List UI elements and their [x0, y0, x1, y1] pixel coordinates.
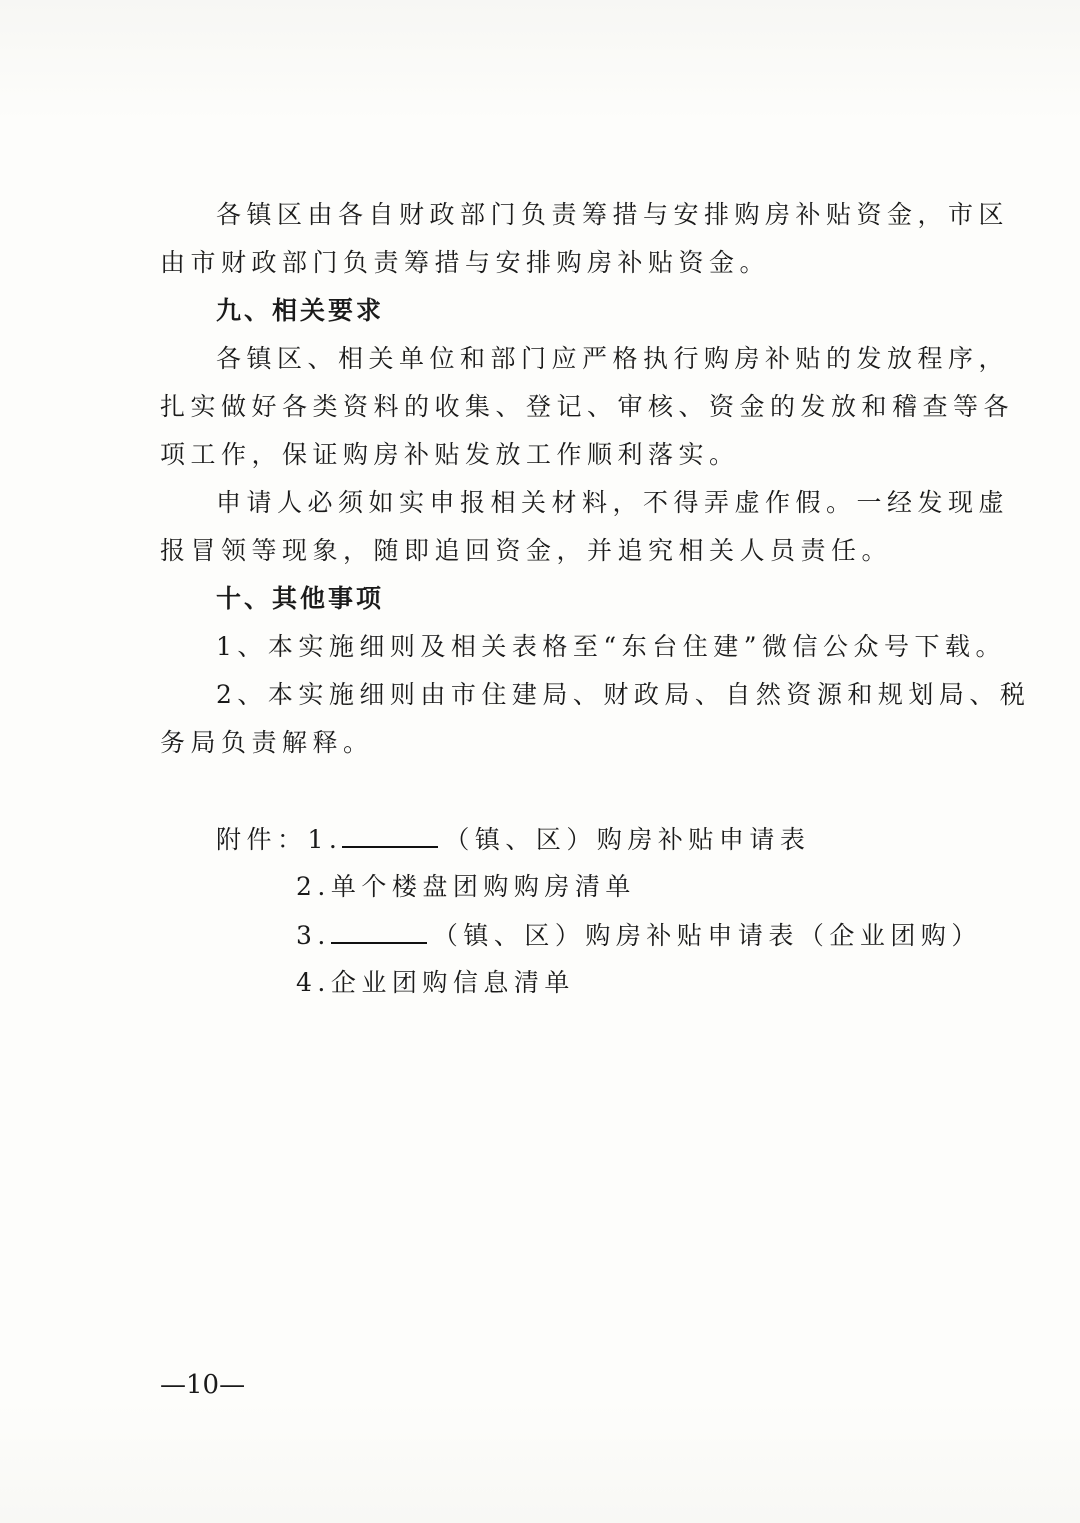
attachment-text: （镇、区）购房补贴申请表 — [444, 825, 810, 854]
paragraph-applicant-line1: 申请人必须如实申报相关材料，不得弄虚作假。一经发现虚 — [216, 488, 1009, 518]
attachment-number: 4. — [296, 968, 331, 997]
paragraph-requirements-line3: 项工作，保证购房补贴发放工作顺利落实。 — [160, 440, 740, 470]
page-number: —10— — [160, 1370, 245, 1400]
item-interpretation-line2: 务局负责解释。 — [160, 728, 374, 758]
attachment-item-3: 3.（镇、区）购房补贴申请表（企业团购） — [296, 920, 982, 951]
paragraph-requirements-line2: 扎实做好各类资料的收集、登记、审核、资金的发放和稽查等各 — [160, 392, 1014, 422]
attachment-text: 企业团购信息清单 — [331, 968, 575, 997]
attachment-number: 2. — [296, 872, 331, 901]
attachment-label: 附件： — [216, 825, 308, 854]
document-page: 各镇区由各自财政部门负责筹措与安排购房补贴资金，市区 由市财政部门负责筹措与安排… — [0, 0, 1080, 1523]
attachment-text: 单个楼盘团购购房清单 — [331, 872, 636, 901]
section-heading-requirements: 九、相关要求 — [216, 296, 384, 326]
paragraph-requirements-line1: 各镇区、相关单位和部门应严格执行购房补贴的发放程序， — [216, 344, 1009, 374]
paragraph-applicant-line2: 报冒领等现象，随即追回资金，并追究相关人员责任。 — [160, 536, 892, 566]
paragraph-funding-line2: 由市财政部门负责筹措与安排购房补贴资金。 — [160, 248, 770, 278]
fill-in-blank — [342, 824, 438, 848]
section-heading-other-matters: 十、其他事项 — [216, 584, 384, 614]
attachment-number: 1. — [308, 825, 343, 854]
attachment-item-1: 附件：1.（镇、区）购房补贴申请表 — [216, 824, 810, 855]
attachment-item-2: 2.单个楼盘团购购房清单 — [296, 872, 636, 902]
fill-in-blank — [331, 920, 427, 944]
paragraph-funding-line1: 各镇区由各自财政部门负责筹措与安排购房补贴资金，市区 — [216, 200, 1009, 230]
attachment-number: 3. — [296, 921, 331, 950]
item-interpretation-line1: 2、本实施细则由市住建局、财政局、自然资源和规划局、税 — [216, 680, 1030, 710]
attachment-text: （镇、区）购房补贴申请表（企业团购） — [433, 921, 982, 950]
item-download-line1: 1、本实施细则及相关表格至“东台住建”微信公众号下载。 — [216, 632, 1006, 662]
attachment-item-4: 4.企业团购信息清单 — [296, 968, 575, 998]
